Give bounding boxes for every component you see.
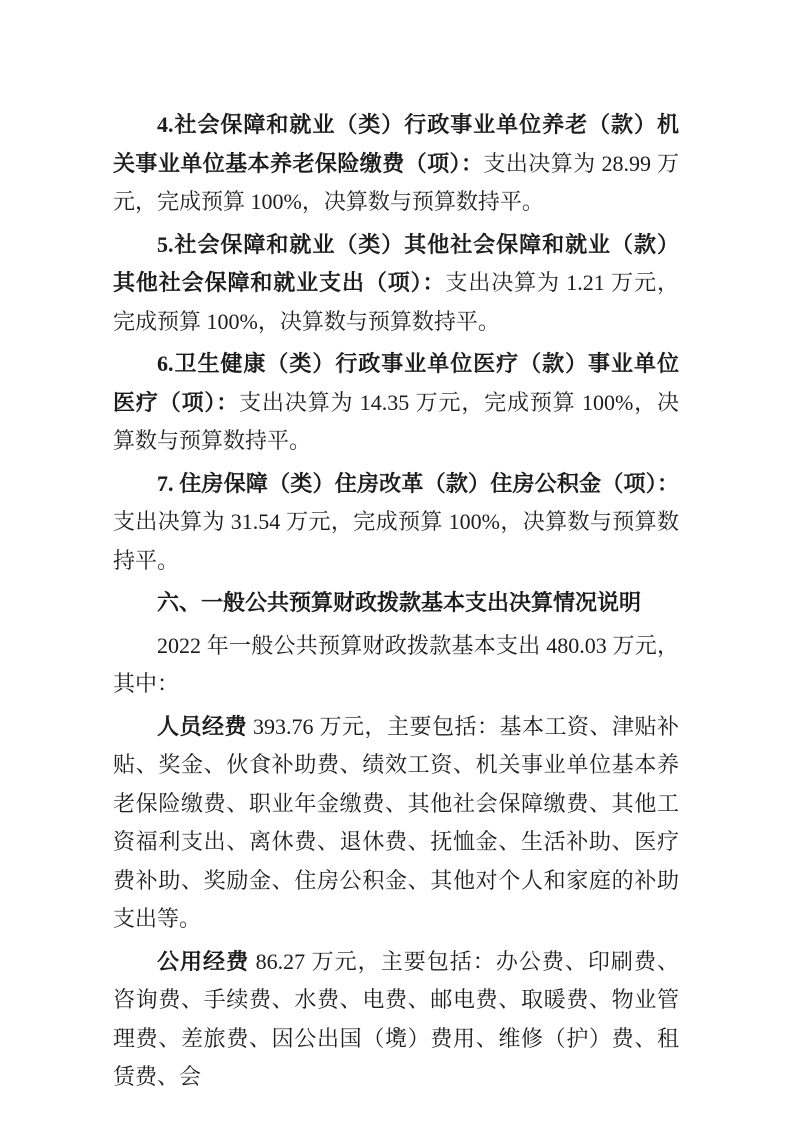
paragraph-item-6: 6.卫生健康（类）行政事业单位医疗（款）事业单位医疗（项）：支出决算为 14.3… [113,345,679,461]
paragraph-body: 393.76 万元，主要包括：基本工资、津贴补贴、奖金、伙食补助费、绩效工资、机… [113,714,679,932]
public-expense-paragraph: 公用经费 86.27 万元，主要包括：办公费、印刷费、咨询费、手续费、水费、电费… [113,943,679,1097]
paragraph-body: 支出决算为 31.54 万元，完成预算 100%，决算数与预算数持平。 [113,509,679,573]
section-heading: 六、一般公共预算财政拨款基本支出决算情况说明 [113,584,679,623]
paragraph-item-5: 5.社会保障和就业（类）其他社会保障和就业（款）其他社会保障和就业支出（项）：支… [113,226,679,342]
document-content: 4.社会保障和就业（类）行政事业单位养老（款）机关事业单位基本养老保险缴费（项）… [113,106,679,1101]
intro-paragraph: 2022 年一般公共预算财政拨款基本支出 480.03 万元，其中： [113,627,679,704]
paragraph-lead: 公用经费 [157,949,249,974]
paragraph-item-7: 7. 住房保障（类）住房改革（款）住房公积金（项）：支出决算为 31.54 万元… [113,465,679,581]
personnel-expense-paragraph: 人员经费 393.76 万元，主要包括：基本工资、津贴补贴、奖金、伙食补助费、绩… [113,708,679,939]
paragraph-body: 2022 年一般公共预算财政拨款基本支出 480.03 万元，其中： [113,633,679,697]
document-page: 4.社会保障和就业（类）行政事业单位养老（款）机关事业单位基本养老保险缴费（项）… [0,0,793,1122]
paragraph-lead: 人员经费 [157,714,247,739]
paragraph-lead: 7. 住房保障（类）住房改革（款）住房公积金（项）： [157,471,679,496]
paragraph-item-4: 4.社会保障和就业（类）行政事业单位养老（款）机关事业单位基本养老保险缴费（项）… [113,106,679,222]
page-number: 9 [0,1024,793,1040]
